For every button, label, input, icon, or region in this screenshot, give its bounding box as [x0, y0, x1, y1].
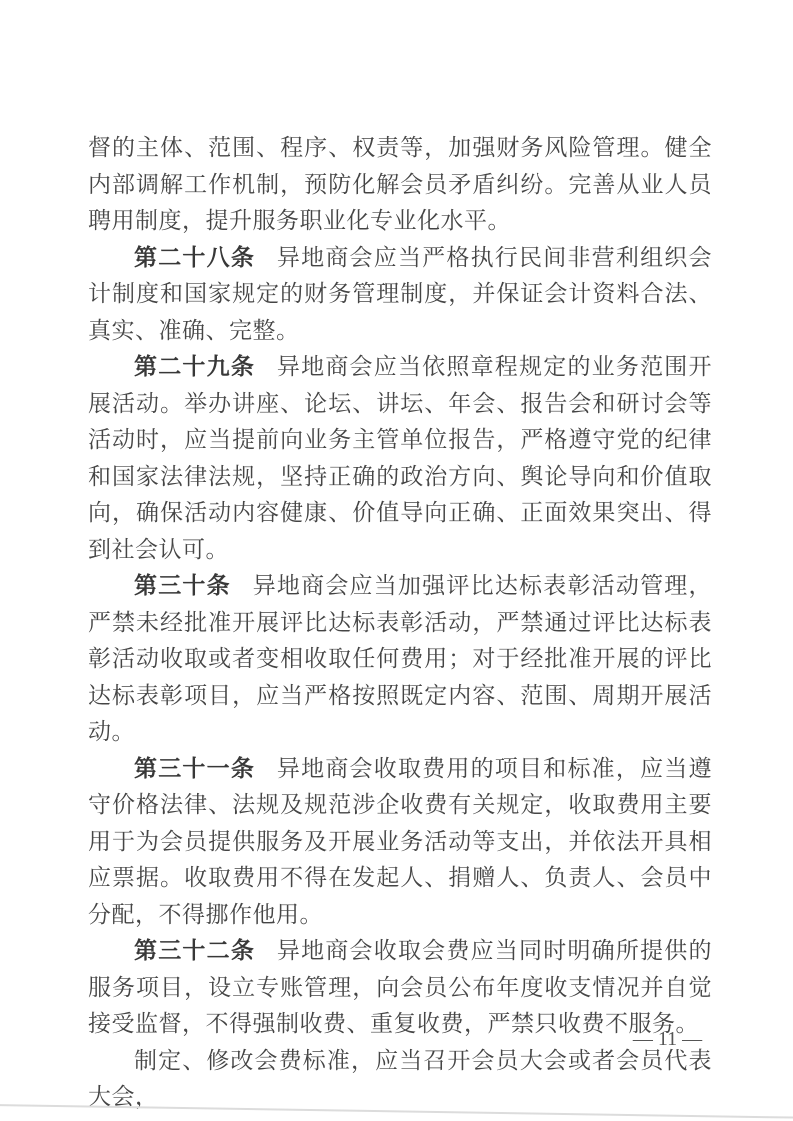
paragraph: 制定、修改会费标准，应当召开会员大会或者会员代表大会， — [88, 1043, 712, 1116]
paragraph-text: 异地商会应当依照章程规定的业务范围开展活动。举办讲座、论坛、讲坛、年会、报告会和… — [88, 354, 712, 562]
article-number: 第二十八条 — [134, 245, 255, 270]
article-number: 第三十一条 — [134, 756, 255, 781]
paragraph-text: 督的主体、范围、程序、权责等，加强财务风险管理。健全内部调解工作机制，预防化解会… — [88, 135, 712, 233]
paragraph-article-30: 第三十条异地商会应当加强评比达标表彰活动管理，严禁未经批准开展评比达标表彰活动，… — [88, 568, 712, 751]
paragraph-article-28: 第二十八条异地商会应当严格执行民间非营利组织会计制度和国家规定的财务管理制度，并… — [88, 240, 712, 350]
paragraph-text: 异地商会收取费用的项目和标准，应当遵守价格法律、法规及规范涉企收费有关规定，收取… — [88, 756, 712, 927]
paragraph-article-31: 第三十一条异地商会收取费用的项目和标准，应当遵守价格法律、法规及规范涉企收费有关… — [88, 751, 712, 934]
article-number: 第三十二条 — [134, 938, 255, 963]
document-body: 督的主体、范围、程序、权责等，加强财务风险管理。健全内部调解工作机制，预防化解会… — [88, 130, 712, 1116]
document-page: 督的主体、范围、程序、权责等，加强财务风险管理。健全内部调解工作机制，预防化解会… — [0, 0, 793, 1121]
paragraph-article-29: 第二十九条异地商会应当依照章程规定的业务范围开展活动。举办讲座、论坛、讲坛、年会… — [88, 349, 712, 568]
paragraph-text: 制定、修改会费标准，应当召开会员大会或者会员代表大会， — [88, 1048, 712, 1110]
paragraph-text: 异地商会应当加强评比达标表彰活动管理，严禁未经批准开展评比达标表彰活动，严禁通过… — [88, 573, 712, 744]
article-number: 第二十九条 — [134, 354, 255, 379]
paragraph: 督的主体、范围、程序、权责等，加强财务风险管理。健全内部调解工作机制，预防化解会… — [88, 130, 712, 240]
page-number: — 11 — — [620, 1028, 715, 1051]
paragraph-article-32: 第三十二条异地商会收取会费应当同时明确所提供的服务项目，设立专账管理，向会员公布… — [88, 933, 712, 1043]
article-number: 第三十条 — [134, 573, 231, 598]
